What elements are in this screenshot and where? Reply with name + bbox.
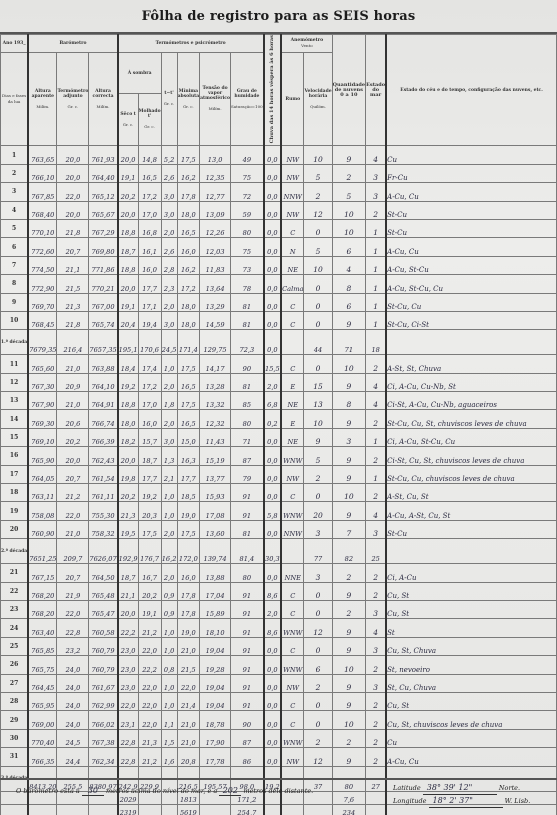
cell-value: 764,50	[89, 564, 118, 582]
cell-value: 1,6	[161, 748, 177, 766]
cell-value: 17,90	[200, 729, 231, 747]
decade-value	[281, 330, 304, 355]
cell-value: 21,1	[118, 582, 138, 600]
totals-value	[200, 804, 231, 815]
day-number: 5	[1, 219, 29, 237]
cell-value: 17,7	[138, 465, 161, 483]
thermometers-group-header: Termómetros e psicrómetro	[118, 35, 264, 53]
cell-value: C	[281, 293, 304, 311]
col-altura-correcta: Altura correctaMilím.	[89, 53, 118, 146]
cell-value: 10	[332, 355, 366, 373]
cell-value: 2,0	[161, 293, 177, 311]
cell-value: 10	[304, 256, 332, 274]
cell-value: 0	[304, 219, 332, 237]
day-number: 26	[1, 656, 29, 674]
cell-value: 17,5	[138, 520, 161, 538]
cell-value: 8	[332, 392, 366, 410]
decade-value: 71	[332, 330, 366, 355]
day-number: 19	[1, 502, 29, 520]
cell-value: 20,0	[118, 275, 138, 293]
cell-value: 17,8	[177, 582, 200, 600]
cell-value: 0,0	[264, 711, 281, 729]
cell-value: 765,48	[89, 582, 118, 600]
cell-value: 21,0	[177, 637, 200, 655]
cell-value: 1,0	[161, 502, 177, 520]
cell-value: 1	[366, 275, 387, 293]
cell-value: 80	[231, 219, 264, 237]
cell-value: 20,7	[57, 564, 89, 582]
cell-value: 17,8	[177, 183, 200, 201]
cell-value: 764,40	[89, 164, 118, 182]
cell-value: 769,80	[89, 238, 118, 256]
day-number: 18	[1, 484, 29, 502]
cell-value: 13	[304, 392, 332, 410]
cell-value: 3	[304, 564, 332, 582]
cell-value: 18,8	[118, 219, 138, 237]
cell-value: 91	[231, 674, 264, 692]
cell-value: 763,88	[89, 355, 118, 373]
day-number: 10	[1, 311, 29, 329]
cell-value: 766,74	[89, 410, 118, 428]
cell-value: 22,0	[118, 692, 138, 710]
sky-description: Cu	[386, 729, 556, 747]
cell-value: 3	[366, 601, 387, 619]
sky-description: Fr-Cu	[386, 164, 556, 182]
table-row: 8772,9021,5770,2120,017,72,317,213,64780…	[1, 275, 557, 293]
day-number: 17	[1, 465, 29, 483]
cell-value: 21,4	[177, 692, 200, 710]
cell-value: 22,0	[57, 601, 89, 619]
cell-value: 9	[304, 428, 332, 446]
cell-value: 16,0	[177, 238, 200, 256]
cell-value: 22,8	[118, 748, 138, 766]
cell-value: 770,21	[89, 275, 118, 293]
sky-description: Cu, St	[386, 601, 556, 619]
cell-value: 0	[304, 637, 332, 655]
barometer-location-note: O barómetro está a 30 metros acima do ní…	[16, 786, 313, 796]
cell-value: 12,35	[200, 164, 231, 182]
sky-description: Cu, St, chuviscos leves de chuva	[386, 711, 556, 729]
cell-value: 20,2	[118, 183, 138, 201]
cell-value: 18,78	[200, 711, 231, 729]
cell-value: 9	[332, 447, 366, 465]
cell-value: 0,0	[264, 219, 281, 237]
rain-header: Chuva das 14 horas véspera às 6 horas	[264, 35, 281, 146]
cell-value: 4	[366, 502, 387, 520]
col-velocidade: Velocidade horáriaQuilóm.	[304, 53, 332, 146]
cell-value: 21,8	[57, 219, 89, 237]
cell-value: 8,6	[264, 582, 281, 600]
cell-value: 11,83	[200, 256, 231, 274]
coordinates: Latitude 38° 39' 12" Norte. Longitude 18…	[393, 782, 530, 808]
decade-value: 195,1	[118, 330, 138, 355]
cell-value: 19,04	[200, 692, 231, 710]
cell-value: 0	[304, 582, 332, 600]
day-number: 7	[1, 256, 29, 274]
cell-value: 2	[304, 729, 332, 747]
cell-value: 20,0	[57, 447, 89, 465]
cell-value: 2,8	[161, 256, 177, 274]
cell-value: 770,40	[28, 729, 57, 747]
cell-value: NNW	[281, 183, 304, 201]
col-termometro-adjunto: Termómetro adjuntoGr. c.	[57, 53, 89, 146]
cell-value: 2	[366, 410, 387, 428]
cell-value: 12,03	[200, 238, 231, 256]
cell-value: 18,4	[118, 355, 138, 373]
totals-value	[138, 804, 161, 815]
cell-value: 10	[332, 484, 366, 502]
cell-value: 20,0	[118, 447, 138, 465]
cell-value: 0,0	[264, 656, 281, 674]
cell-value: 0,9	[161, 582, 177, 600]
cell-value: 91	[231, 582, 264, 600]
cell-value: 769,70	[28, 293, 57, 311]
cell-value: 22,0	[57, 183, 89, 201]
cell-value: 12	[304, 201, 332, 219]
description-header: Estado do céu e do tempo, configuração d…	[386, 35, 556, 146]
cell-value: 20,0	[57, 201, 89, 219]
cell-value: 765,60	[28, 355, 57, 373]
cell-value: 768,20	[28, 601, 57, 619]
cell-value: 5,2	[161, 146, 177, 164]
cell-value: 14,8	[138, 146, 161, 164]
day-number: 8	[1, 275, 29, 293]
sky-description: Ci-St, A-Cu, Cu-Nb, aguaceiros	[386, 392, 556, 410]
cell-value: 763,11	[28, 484, 57, 502]
cell-value: 9	[332, 502, 366, 520]
cell-value: 21,0	[57, 355, 89, 373]
cell-value: 0,0	[264, 465, 281, 483]
cell-value: 0,0	[264, 275, 281, 293]
col-t-diff: t−t'Gr. c.	[161, 53, 177, 146]
decade-value: 171,4	[177, 330, 200, 355]
cell-value: NE	[281, 428, 304, 446]
day-number: 12	[1, 373, 29, 391]
cell-value: 23,0	[118, 656, 138, 674]
cell-value: 2,0	[161, 219, 177, 237]
cell-value: 86	[231, 748, 264, 766]
cell-value: 5	[304, 164, 332, 182]
cell-value: 762,99	[89, 692, 118, 710]
decade-description	[386, 539, 556, 564]
cell-value: 770,10	[28, 219, 57, 237]
longitude-value: 18° 2' 37"	[429, 795, 503, 808]
cell-value: 1	[366, 238, 387, 256]
cell-value: C	[281, 637, 304, 655]
cell-value: 10	[332, 711, 366, 729]
cell-value: 2	[304, 183, 332, 201]
cell-value: 9	[332, 410, 366, 428]
day-number: 4	[1, 201, 29, 219]
cell-value: Calma	[281, 275, 304, 293]
cell-value: 24,4	[57, 748, 89, 766]
decade-value: 16,2	[161, 539, 177, 564]
totals-value: 5619	[177, 804, 200, 815]
cell-value: 1	[366, 219, 387, 237]
sky-description: A-St, Cu, St	[386, 484, 556, 502]
cell-value: 20,0	[118, 146, 138, 164]
cell-value: 8,6	[264, 619, 281, 637]
table-row: 9769,7021,3767,0019,117,12,018,013,29810…	[1, 293, 557, 311]
cell-value: 19,0	[177, 502, 200, 520]
decade-value: 30,3	[264, 539, 281, 564]
cell-value: 0	[304, 601, 332, 619]
cell-value: 80	[231, 410, 264, 428]
cell-value: 17,7	[138, 275, 161, 293]
decade-value: 7651,25	[28, 539, 57, 564]
cell-value: 3	[366, 637, 387, 655]
decade-value: 77	[304, 539, 332, 564]
page-title: Fôlha de registro para as SEIS horas	[0, 9, 557, 24]
cell-value: 22,2	[118, 619, 138, 637]
baro-distance-value: 202	[219, 786, 241, 796]
cell-value: 85	[231, 392, 264, 410]
day-number: 24	[1, 619, 29, 637]
cell-value: 15,0	[177, 428, 200, 446]
cell-value: 755,30	[89, 502, 118, 520]
table-row: 15769,1020,2766,3918,215,73,015,011,4371…	[1, 428, 557, 446]
cell-value: 767,30	[28, 373, 57, 391]
table-row: 3767,8522,0765,1220,217,23,017,812,77720…	[1, 183, 557, 201]
cell-value: 3	[366, 520, 387, 538]
table-row: 19758,0822,0755,3021,320,31,019,017,0891…	[1, 502, 557, 520]
table-row: 5770,1021,8767,2918,816,82,016,512,26800…	[1, 219, 557, 237]
cell-value: 2	[332, 564, 366, 582]
sky-description: Ci, A-Cu	[386, 564, 556, 582]
table-row: 4768,4020,0765,6720,017,03,018,013,09590…	[1, 201, 557, 219]
cell-value: 769,10	[28, 428, 57, 446]
table-row: 30770,4024,5767,3822,821,31,521,017,9087…	[1, 729, 557, 747]
cell-value: 9	[332, 748, 366, 766]
cell-value: 764,45	[28, 674, 57, 692]
sky-description: A-Cu, Cu	[386, 183, 556, 201]
cell-value: 21,0	[177, 711, 200, 729]
cell-value: 0,0	[264, 183, 281, 201]
col-tensao-vapor: Tensão do vapor atmosféricoMilím.	[200, 53, 231, 146]
cell-value: 18,0	[118, 410, 138, 428]
cell-value: 10	[332, 656, 366, 674]
day-number: 25	[1, 637, 29, 655]
decade-value: 82	[332, 539, 366, 564]
cell-value: 21,3	[138, 729, 161, 747]
cell-value: 21,0	[57, 520, 89, 538]
shade-subheader: À sombra	[118, 53, 161, 94]
sky-description: A-Cu, Cu	[386, 238, 556, 256]
cell-value: 1,0	[161, 692, 177, 710]
cell-value: 17,8	[177, 601, 200, 619]
cell-value: 18,2	[118, 428, 138, 446]
cell-value: 23,0	[118, 637, 138, 655]
cell-value: 2	[366, 692, 387, 710]
cell-value: 7	[332, 520, 366, 538]
cell-value: 4	[332, 256, 366, 274]
cell-value: 21,2	[138, 748, 161, 766]
day-number: 23	[1, 601, 29, 619]
day-number: 16	[1, 447, 29, 465]
day-number: 28	[1, 692, 29, 710]
cell-value: 9	[332, 637, 366, 655]
table-row: 23768,2022,0765,4720,019,10,917,815,8991…	[1, 601, 557, 619]
cell-value: 17,5	[177, 355, 200, 373]
cell-value: 9	[332, 692, 366, 710]
cell-value: 765,75	[28, 656, 57, 674]
decade-label: 2.ª década	[1, 539, 29, 564]
register-sheet: Fôlha de registro para as SEIS horas Ano…	[0, 0, 557, 815]
cell-value: 21,0	[57, 392, 89, 410]
cell-value: 760,90	[28, 520, 57, 538]
table-row: 1763,6520,0761,9320,014,85,217,513,0490,…	[1, 146, 557, 164]
sky-description: A-Cu, Cu	[386, 748, 556, 766]
cell-value: 19,5	[118, 520, 138, 538]
totals-value: 234	[332, 804, 366, 815]
cell-value: 2	[366, 711, 387, 729]
cell-value: 11,43	[200, 428, 231, 446]
cell-value: 91	[231, 601, 264, 619]
cell-value: 16,1	[138, 238, 161, 256]
cell-value: 0,2	[264, 410, 281, 428]
cell-value: 767,00	[89, 293, 118, 311]
decade-label: 1.ª década	[1, 330, 29, 355]
cell-value: 13,32	[200, 392, 231, 410]
cell-value: 15,7	[138, 428, 161, 446]
cell-value: 9	[332, 311, 366, 329]
decade-value: 25	[366, 539, 387, 564]
table-row: 22768,2021,9765,4821,120,20,917,817,0491…	[1, 582, 557, 600]
decade-value: 209,7	[57, 539, 89, 564]
cell-value: 1	[366, 428, 387, 446]
day-number: 31	[1, 748, 29, 766]
cell-value: 24,0	[57, 692, 89, 710]
cell-value: 90	[231, 355, 264, 373]
col-seco: Sêco tGr. c.	[118, 94, 138, 146]
cell-value: 5	[332, 183, 366, 201]
cell-value: 2	[366, 582, 387, 600]
decade-value: 0,0	[264, 330, 281, 355]
cell-value: 3	[304, 520, 332, 538]
cell-value: NE	[281, 256, 304, 274]
cell-value: 17,7	[177, 465, 200, 483]
cell-value: 75	[231, 164, 264, 182]
totals-value	[304, 804, 332, 815]
day-number: 30	[1, 729, 29, 747]
cell-value: 2	[366, 447, 387, 465]
cell-value: C	[281, 582, 304, 600]
cell-value: 17,5	[177, 520, 200, 538]
sky-description: Ci, A-Cu, Cu-Nb, St	[386, 373, 556, 391]
cell-value: 2	[366, 484, 387, 502]
cell-value: 1	[366, 311, 387, 329]
cell-value: WNW	[281, 502, 304, 520]
decade-value: 139,74	[200, 539, 231, 564]
cell-value: 2,0	[161, 373, 177, 391]
cell-value: 20,6	[57, 410, 89, 428]
cell-value: WNW	[281, 447, 304, 465]
cell-value: NW	[281, 164, 304, 182]
decade-value: 81,4	[231, 539, 264, 564]
cell-value: 13,60	[200, 520, 231, 538]
cell-value: 16,2	[177, 164, 200, 182]
table-row: 26765,7524,0760,7923,022,20,821,519,2891…	[1, 656, 557, 674]
cell-value: 17,1	[138, 293, 161, 311]
sky-description: St-Cu	[386, 520, 556, 538]
cell-value: 59	[231, 201, 264, 219]
cell-value: 3	[332, 428, 366, 446]
cell-value: 20,2	[138, 582, 161, 600]
cell-value: NW	[281, 201, 304, 219]
cell-value: 17,2	[177, 275, 200, 293]
cell-value: 49	[231, 146, 264, 164]
cell-value: 13,88	[200, 564, 231, 582]
cell-value: 16,0	[138, 256, 161, 274]
longitude-label: Longitude	[393, 797, 426, 805]
cell-value: 18,0	[177, 293, 200, 311]
cell-value: 0,0	[264, 564, 281, 582]
decade-value: 176,7	[138, 539, 161, 564]
cell-value: 772,60	[28, 238, 57, 256]
cell-value: 0,0	[264, 484, 281, 502]
day-number: 20	[1, 520, 29, 538]
cell-value: 20,4	[118, 311, 138, 329]
cell-value: 10	[332, 219, 366, 237]
sky-description: St, nevoeiro	[386, 656, 556, 674]
longitude-suffix: W. Lisb.	[505, 797, 531, 805]
cell-value: 2	[366, 729, 387, 747]
cell-value: 23,1	[118, 711, 138, 729]
table-row: 21767,1520,7764,5018,716,72,016,013,8880…	[1, 564, 557, 582]
cell-value: 17,4	[138, 355, 161, 373]
cell-value: 22,0	[177, 674, 200, 692]
cell-value: 2	[332, 729, 366, 747]
cell-value: 19,04	[200, 637, 231, 655]
cell-value: N	[281, 238, 304, 256]
sky-description: St	[386, 619, 556, 637]
cell-value: 19,28	[200, 656, 231, 674]
cell-value: 764,10	[89, 373, 118, 391]
cell-value: 0,0	[264, 164, 281, 182]
table-row: 13767,9021,0764,9118,817,01,817,513,3285…	[1, 392, 557, 410]
baro-note-prefix: O barómetro está a	[16, 787, 80, 795]
day-number: 13	[1, 392, 29, 410]
cell-value: C	[281, 311, 304, 329]
cell-value: 22,0	[138, 637, 161, 655]
cell-value: 761,67	[89, 674, 118, 692]
cell-value: 20,0	[57, 164, 89, 182]
cell-value: 13,28	[200, 373, 231, 391]
cell-value: 16,5	[177, 219, 200, 237]
totals-value	[57, 804, 89, 815]
cell-value: 72	[231, 183, 264, 201]
cell-value: 18,7	[118, 238, 138, 256]
cell-value: 4	[366, 619, 387, 637]
cell-value: 12,32	[200, 410, 231, 428]
cell-value: 13,77	[200, 465, 231, 483]
cell-value: 15,19	[200, 447, 231, 465]
cell-value: C	[281, 484, 304, 502]
cell-value: 21,2	[138, 619, 161, 637]
cell-value: 91	[231, 619, 264, 637]
cell-value: 0,0	[264, 238, 281, 256]
cell-value: 19,2	[138, 484, 161, 502]
cell-value: 18,0	[177, 201, 200, 219]
cell-value: WNW	[281, 729, 304, 747]
cell-value: 18,10	[200, 619, 231, 637]
table-row: 25765,8523,2760,7923,022,01,021,019,0491…	[1, 637, 557, 655]
cell-value: 22,2	[138, 656, 161, 674]
cell-value: 22,0	[57, 502, 89, 520]
cell-value: 22,8	[57, 619, 89, 637]
cell-value: 767,90	[28, 392, 57, 410]
cell-value: 0	[304, 711, 332, 729]
